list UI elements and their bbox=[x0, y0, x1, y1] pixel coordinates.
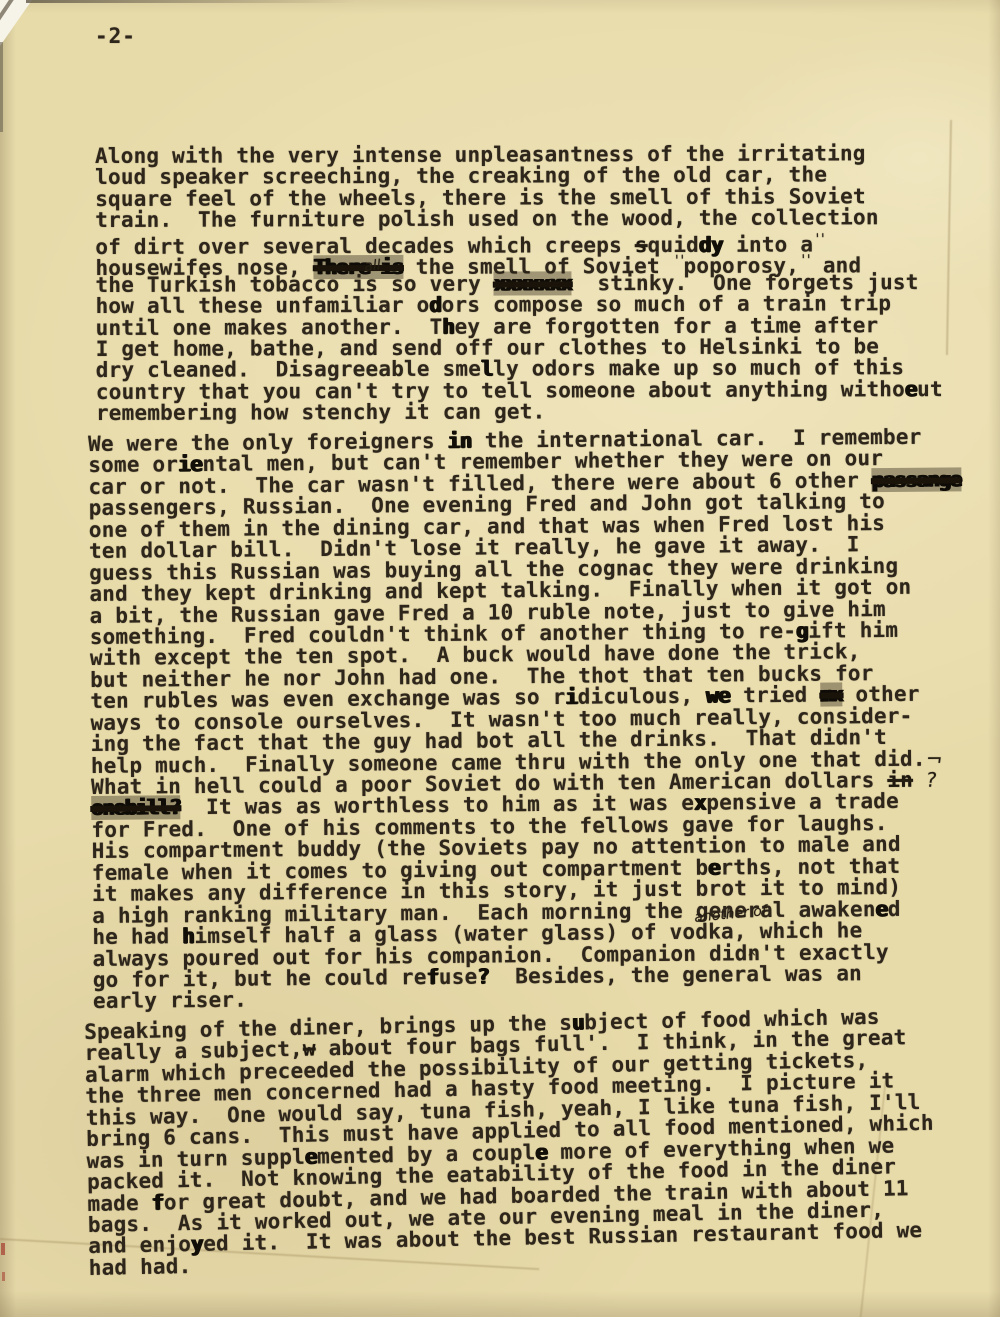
typed-text: Besides, the general was an bbox=[489, 961, 862, 988]
typed-text: use bbox=[439, 965, 478, 989]
text-line: train. The furniture polish used on the … bbox=[95, 207, 942, 231]
text-line: of dirt over several decades which creep… bbox=[95, 229, 942, 253]
paragraph-2: We were the only foreigners in the inter… bbox=[88, 426, 966, 1012]
handwritten-mark: ? bbox=[924, 770, 938, 792]
ink-speck bbox=[2, 1272, 5, 1281]
paragraph-3: Speaking of the diner, brings up the sub… bbox=[84, 1006, 936, 1279]
ink-speck bbox=[1, 1243, 5, 1255]
overtyped-text: ? bbox=[477, 964, 489, 988]
typed-text: ut bbox=[917, 377, 943, 401]
scan-top-edge bbox=[26, 0, 356, 3]
paragraph-1: Along with the very intense unpleasantne… bbox=[95, 143, 943, 425]
struck-out-text: passange bbox=[872, 467, 961, 492]
overtyped-text: l bbox=[481, 357, 493, 381]
typed-text: remembering how stenchy it can get. bbox=[96, 400, 546, 426]
handwritten-quote-mark: '' bbox=[813, 231, 824, 247]
typed-text: had had. bbox=[88, 1254, 191, 1280]
text-line: remembering how stenchy it can get. bbox=[96, 400, 943, 424]
overtyped-text: d bbox=[429, 293, 441, 317]
handwritten-quote-mark: '' bbox=[799, 253, 810, 269]
scan-left-edge bbox=[0, 42, 3, 132]
overtyped-text: y bbox=[191, 1232, 204, 1256]
paper-crease bbox=[946, 120, 952, 355]
overtyped-text: e bbox=[876, 897, 888, 921]
overtyped-text: e bbox=[905, 377, 917, 401]
handwritten-mark: ¬ bbox=[924, 748, 944, 770]
page-number: -2- bbox=[95, 24, 136, 48]
document-page: -2- Along with the very intense unpleasa… bbox=[0, 0, 1000, 1317]
typed-text: early riser. bbox=[93, 988, 247, 1013]
overtyped-text: h bbox=[442, 314, 454, 338]
typed-text: d bbox=[888, 897, 901, 921]
handwritten-quote-mark: '' bbox=[673, 253, 684, 269]
typed-text: train. The furniture polish used on the … bbox=[95, 206, 879, 233]
overtyped-text: f bbox=[427, 965, 439, 989]
